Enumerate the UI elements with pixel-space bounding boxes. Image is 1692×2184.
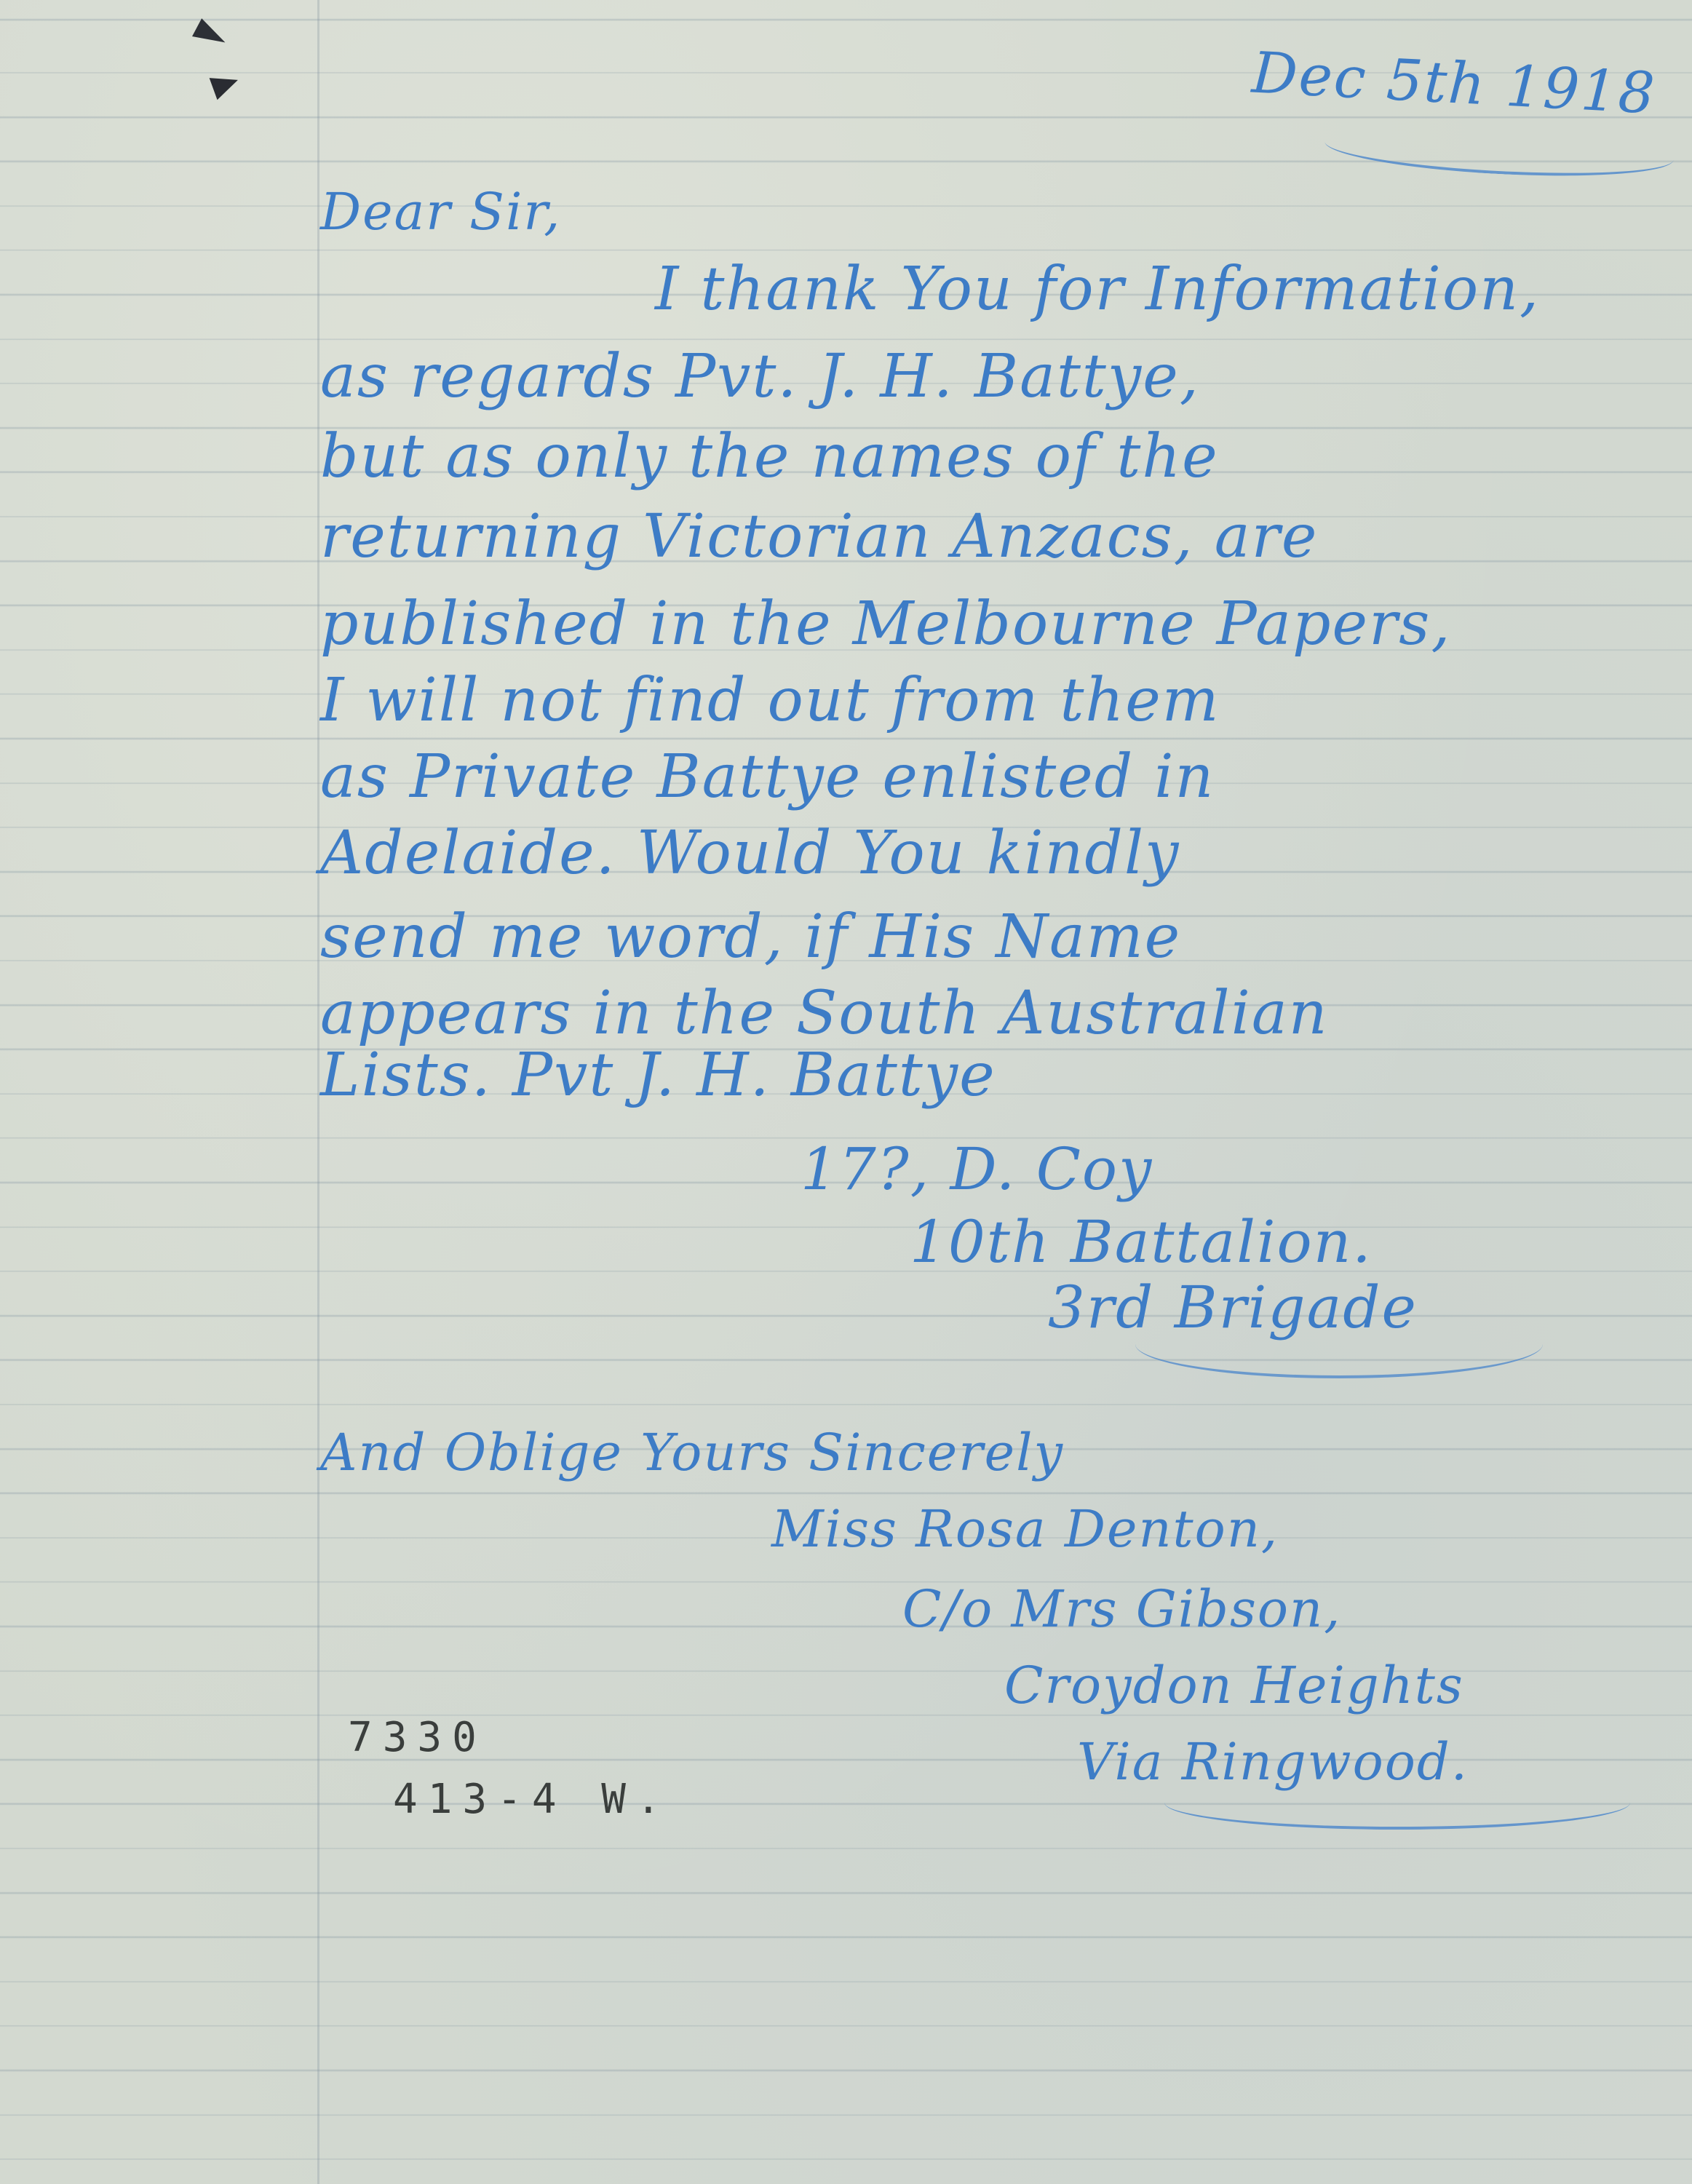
body-line: as regards Pvt. J. H. Battye, bbox=[320, 342, 1200, 411]
body-line: published in the Melbourne Papers, bbox=[320, 589, 1451, 659]
body-line: as Private Battye enlisted in bbox=[320, 742, 1215, 811]
date-flourish bbox=[1324, 118, 1675, 183]
address-line: C/o Mrs Gibson, bbox=[902, 1579, 1341, 1639]
body-line: Adelaide. Would You kindly bbox=[320, 819, 1180, 888]
punch-hole-mark bbox=[210, 69, 242, 100]
body-line: send me word, if His Name bbox=[320, 902, 1181, 972]
body-line: I thank You for Information, bbox=[655, 255, 1540, 324]
brigade-flourish bbox=[1135, 1310, 1543, 1378]
salutation: Dear Sir, bbox=[320, 182, 561, 242]
body-line: I will not find out from them bbox=[320, 666, 1220, 735]
punch-hole-mark bbox=[192, 18, 230, 51]
body-line: returning Victorian Anzacs, are bbox=[320, 502, 1318, 571]
body-line: Lists. Pvt J. H. Battye bbox=[320, 1041, 996, 1110]
letter-paper: Dec 5th 1918 Dear Sir, I thank You for I… bbox=[0, 0, 1692, 2184]
body-line: appears in the South Australian bbox=[320, 979, 1329, 1048]
address-line: Croydon Heights bbox=[1004, 1656, 1464, 1715]
signature-flourish bbox=[1164, 1776, 1630, 1830]
closing-line: And Oblige Yours Sincerely bbox=[320, 1423, 1064, 1482]
signature-name: Miss Rosa Denton, bbox=[771, 1499, 1279, 1559]
archive-number: 7330 bbox=[348, 1714, 487, 1761]
archive-reference: 413-4 W. bbox=[393, 1776, 671, 1823]
margin-rule bbox=[317, 0, 319, 2184]
letter-date: Dec 5th 1918 bbox=[1250, 41, 1658, 127]
body-line: but as only the names of the bbox=[320, 422, 1219, 491]
soldier-battalion: 10th Battalion. bbox=[910, 1208, 1373, 1276]
soldier-company: 17?, D. Coy bbox=[801, 1135, 1153, 1203]
